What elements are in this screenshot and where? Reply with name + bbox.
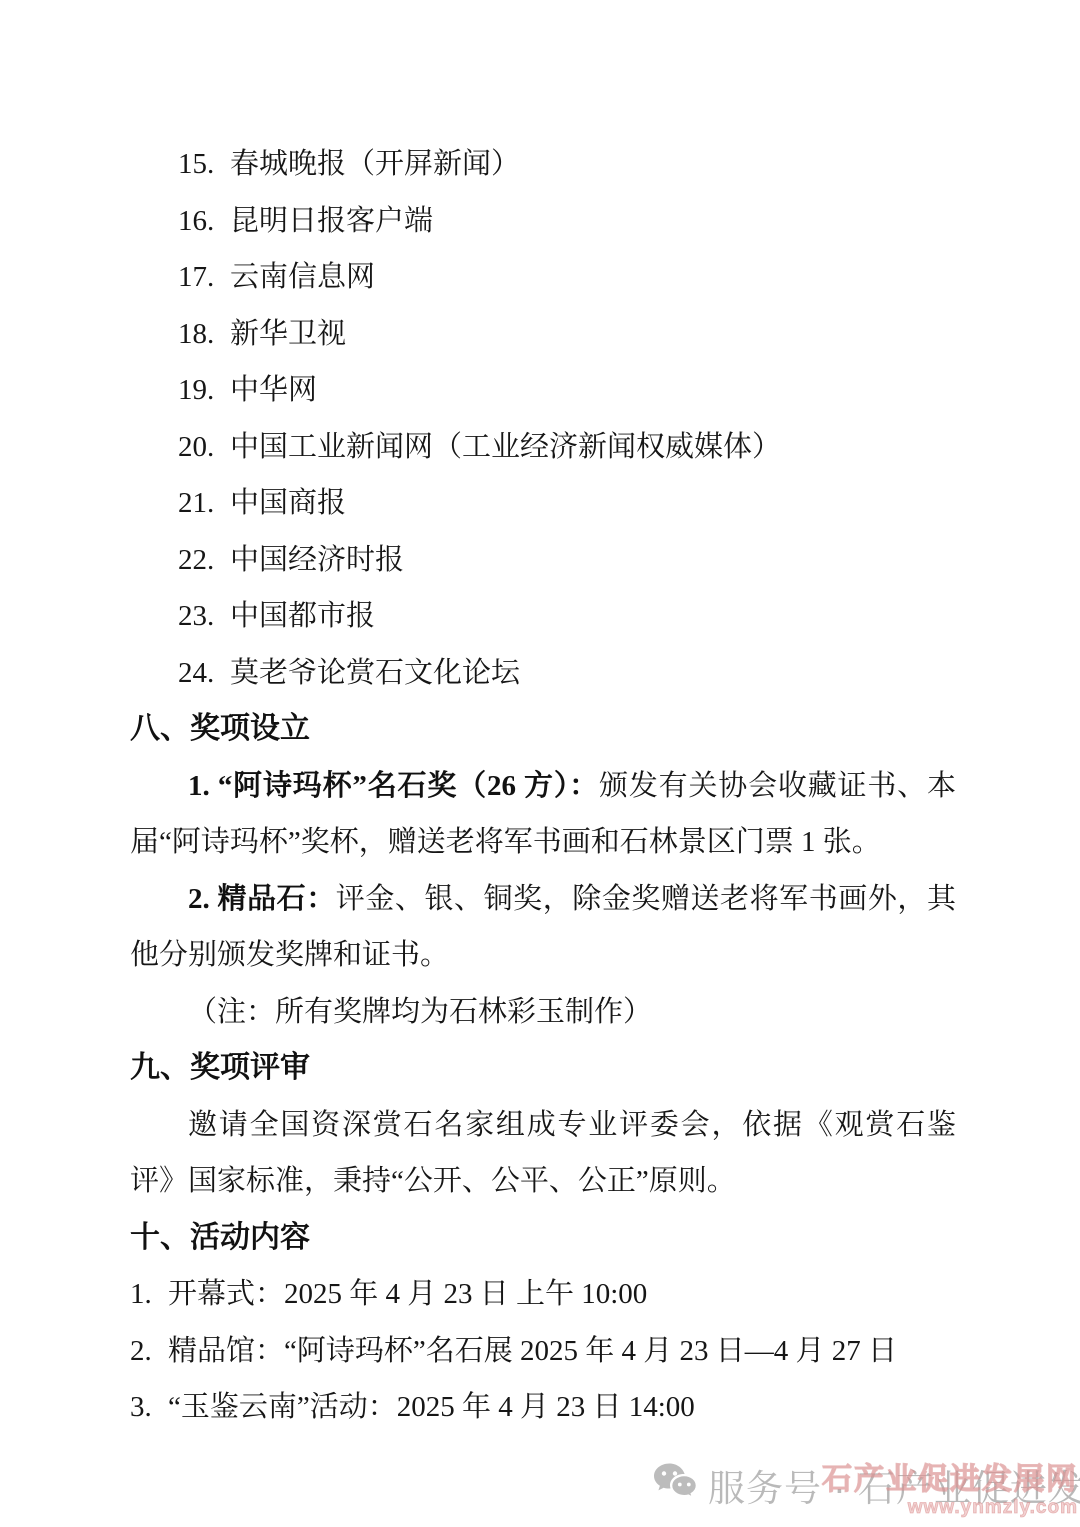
list-text: 昆明日报客户端	[230, 205, 433, 237]
media-list-item: 17.云南信息网	[130, 249, 956, 306]
list-text: 中国工业新闻网（工业经济新闻权威媒体）	[230, 431, 781, 463]
media-list-item: 20.中国工业新闻网（工业经济新闻权威媒体）	[130, 419, 956, 476]
media-list-item: 19.中华网	[130, 362, 956, 419]
list-text: 春城晚报（开屏新闻）	[230, 148, 520, 180]
media-list-item: 18.新华卫视	[130, 306, 956, 363]
list-number: 15.	[178, 136, 230, 193]
list-text: 莫老爷论赏石文化论坛	[230, 657, 520, 689]
footer-service-account: 服务号 · 石产业促进发展网	[652, 1458, 1080, 1512]
award-item-2: 2. 精品石：评金、银、铜奖，除金奖赠送老将军书画外，其他分别颁发奖牌和证书。	[130, 871, 956, 984]
award-item-1: 1. “阿诗玛杯”名石奖（26 方）：颁发有关协会收藏证书、本届“阿诗玛杯”奖杯…	[130, 758, 956, 871]
list-text: 云南信息网	[230, 261, 375, 293]
list-text: 中国经济时报	[230, 544, 404, 576]
list-text: 中华网	[230, 374, 317, 406]
activity-item: 2.精品馆：“阿诗玛杯”名石展 2025 年 4 月 23 日—4 月 27 日	[130, 1323, 956, 1380]
list-number: 17.	[178, 249, 230, 306]
list-number: 22.	[178, 532, 230, 589]
list-number: 1.	[130, 1266, 168, 1323]
award-review-paragraph: 邀请全国资深赏石名家组成专业评委会，依据《观赏石鉴评》国家标准，秉持“公开、公平…	[130, 1097, 956, 1210]
activity-item: 3.“玉鉴云南”活动：2025 年 4 月 23 日 14:00	[130, 1379, 956, 1436]
media-list-item: 15.春城晚报（开屏新闻）	[130, 136, 956, 193]
award-item-1-label: 1. “阿诗玛杯”名石奖（26 方）：	[188, 770, 599, 802]
list-number: 2.	[130, 1323, 168, 1380]
award-note: （注：所有奖牌均为石林彩玉制作）	[130, 984, 956, 1041]
document-page: 15.春城晚报（开屏新闻） 16.昆明日报客户端 17.云南信息网 18.新华卫…	[0, 0, 1080, 1527]
document-body: 15.春城晚报（开屏新闻） 16.昆明日报客户端 17.云南信息网 18.新华卫…	[130, 136, 956, 1436]
list-number: 23.	[178, 588, 230, 645]
media-list-item: 23.中国都市报	[130, 588, 956, 645]
wechat-icon	[652, 1462, 698, 1509]
media-list-item: 16.昆明日报客户端	[130, 193, 956, 250]
activity-text: 精品馆：“阿诗玛杯”名石展 2025 年 4 月 23 日—4 月 27 日	[168, 1335, 897, 1367]
service-account-label: 服务号 · 石产业促进发展网	[708, 1458, 1080, 1512]
list-text: 中国都市报	[230, 600, 375, 632]
list-text: 中国商报	[230, 487, 346, 519]
list-number: 20.	[178, 419, 230, 476]
list-number: 16.	[178, 193, 230, 250]
award-item-2-label: 2. 精品石：	[188, 883, 336, 915]
list-number: 24.	[178, 645, 230, 702]
list-number: 21.	[178, 475, 230, 532]
media-list-item: 22.中国经济时报	[130, 532, 956, 589]
list-text: 新华卫视	[230, 318, 346, 350]
media-list-item: 24.莫老爷论赏石文化论坛	[130, 645, 956, 702]
activity-text: 开幕式：2025 年 4 月 23 日 上午 10:00	[168, 1278, 647, 1310]
media-list-item: 21.中国商报	[130, 475, 956, 532]
section-heading-award-setup: 八、奖项设立	[130, 701, 956, 758]
list-number: 3.	[130, 1379, 168, 1436]
activity-text: “玉鉴云南”活动：2025 年 4 月 23 日 14:00	[168, 1391, 695, 1423]
list-number: 18.	[178, 306, 230, 363]
list-number: 19.	[178, 362, 230, 419]
section-heading-activities: 十、活动内容	[130, 1210, 956, 1267]
activity-item: 1.开幕式：2025 年 4 月 23 日 上午 10:00	[130, 1266, 956, 1323]
section-heading-award-review: 九、奖项评审	[130, 1040, 956, 1097]
